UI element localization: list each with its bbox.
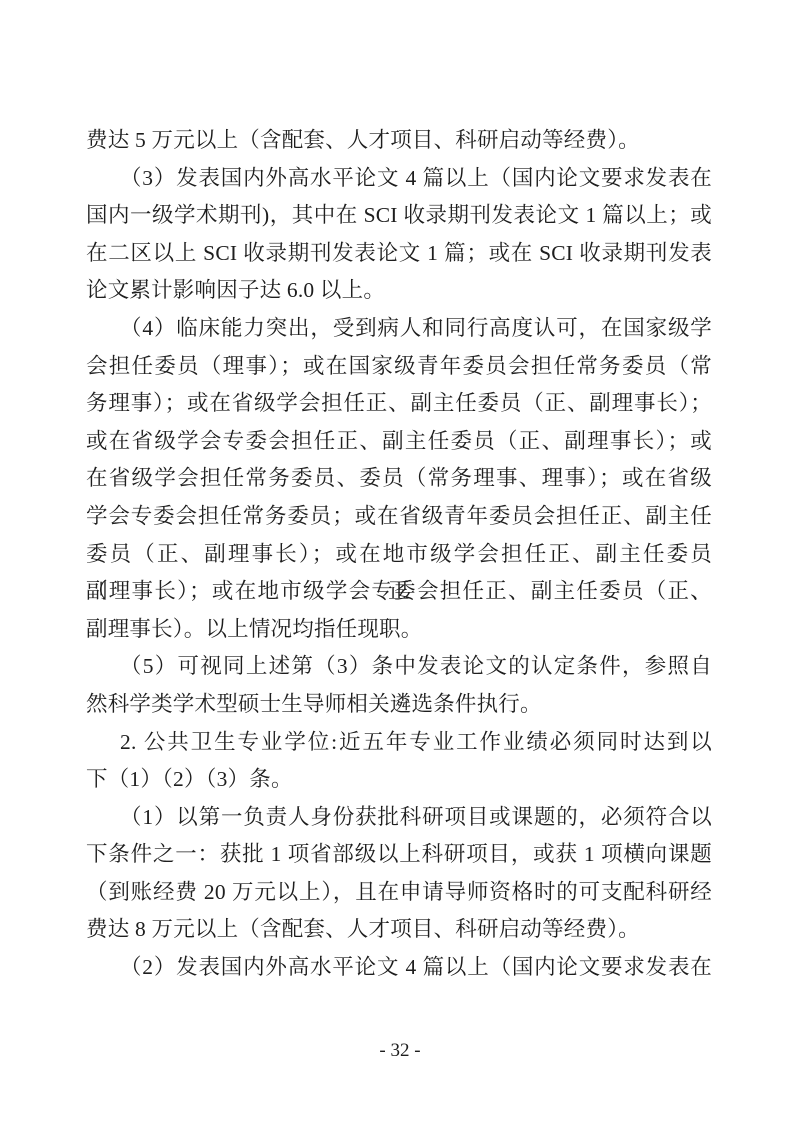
text-line: 下（1）（2）（3）条。: [86, 761, 712, 799]
text-line: 然科学类学术型硕士生导师相关遴选条件执行。: [86, 686, 712, 724]
text-line: 费达 5 万元以上（含配套、人才项目、科研启动等经费）。: [86, 122, 712, 160]
text-line: 务理事）；或在省级学会担任正、副主任委员（正、副理事长）；: [86, 385, 712, 423]
text-line: （3）发表国内外高水平论文 4 篇以上（国内论文要求发表在: [86, 160, 712, 198]
text-line: 学会专委会担任常务委员；或在省级青年委员会担任正、副主任: [86, 498, 712, 536]
text-line: 在二区以上 SCI 收录期刊发表论文 1 篇；或在 SCI 收录期刊发表: [86, 235, 712, 273]
text-line: 副理事长）。以上情况均指任现职。: [86, 611, 712, 649]
text-line: （5）可视同上述第（3）条中发表论文的认定条件，参照自: [86, 648, 712, 686]
text-line: 会担任委员（理事）；或在国家级青年委员会担任常务委员（常: [86, 348, 712, 386]
text-line: 在省级学会担任常务委员、委员（常务理事、理事）；或在省级: [86, 460, 712, 498]
document-text: 费达 5 万元以上（含配套、人才项目、科研启动等经费）。 （3）发表国内外高水平…: [86, 122, 712, 987]
text-line: 2. 公共卫生专业学位:近五年专业工作业绩必须同时达到以: [86, 724, 712, 762]
text-line: 下条件之一：获批 1 项省部级以上科研项目，或获 1 项横向课题: [86, 836, 712, 874]
text-line: （1）以第一负责人身份获批科研项目或课题的，必须符合以: [86, 799, 712, 837]
document-page: 费达 5 万元以上（含配套、人才项目、科研启动等经费）。 （3）发表国内外高水平…: [0, 0, 800, 1131]
text-line: 委员（正、副理事长）；或在地市级学会担任正、副主任委员（正、: [86, 536, 712, 574]
page-number: - 32 -: [0, 1038, 800, 1064]
text-line: （2）发表国内外高水平论文 4 篇以上（国内论文要求发表在: [86, 949, 712, 987]
text-line: 国内一级学术期刊)，其中在 SCI 收录期刊发表论文 1 篇以上；或: [86, 197, 712, 235]
text-line: 论文累计影响因子达 6.0 以上。: [86, 272, 712, 310]
text-line: 费达 8 万元以上（含配套、人才项目、科研启动等经费）。: [86, 911, 712, 949]
text-line: （到账经费 20 万元以上），且在申请导师资格时的可支配科研经: [86, 874, 712, 912]
text-line: （4）临床能力突出，受到病人和同行高度认可，在国家级学: [86, 310, 712, 348]
text-line: 或在省级学会专委会担任正、副主任委员（正、副理事长）；或: [86, 423, 712, 461]
text-line: 副理事长）；或在地市级学会专委会担任正、副主任委员（正、: [86, 573, 712, 611]
